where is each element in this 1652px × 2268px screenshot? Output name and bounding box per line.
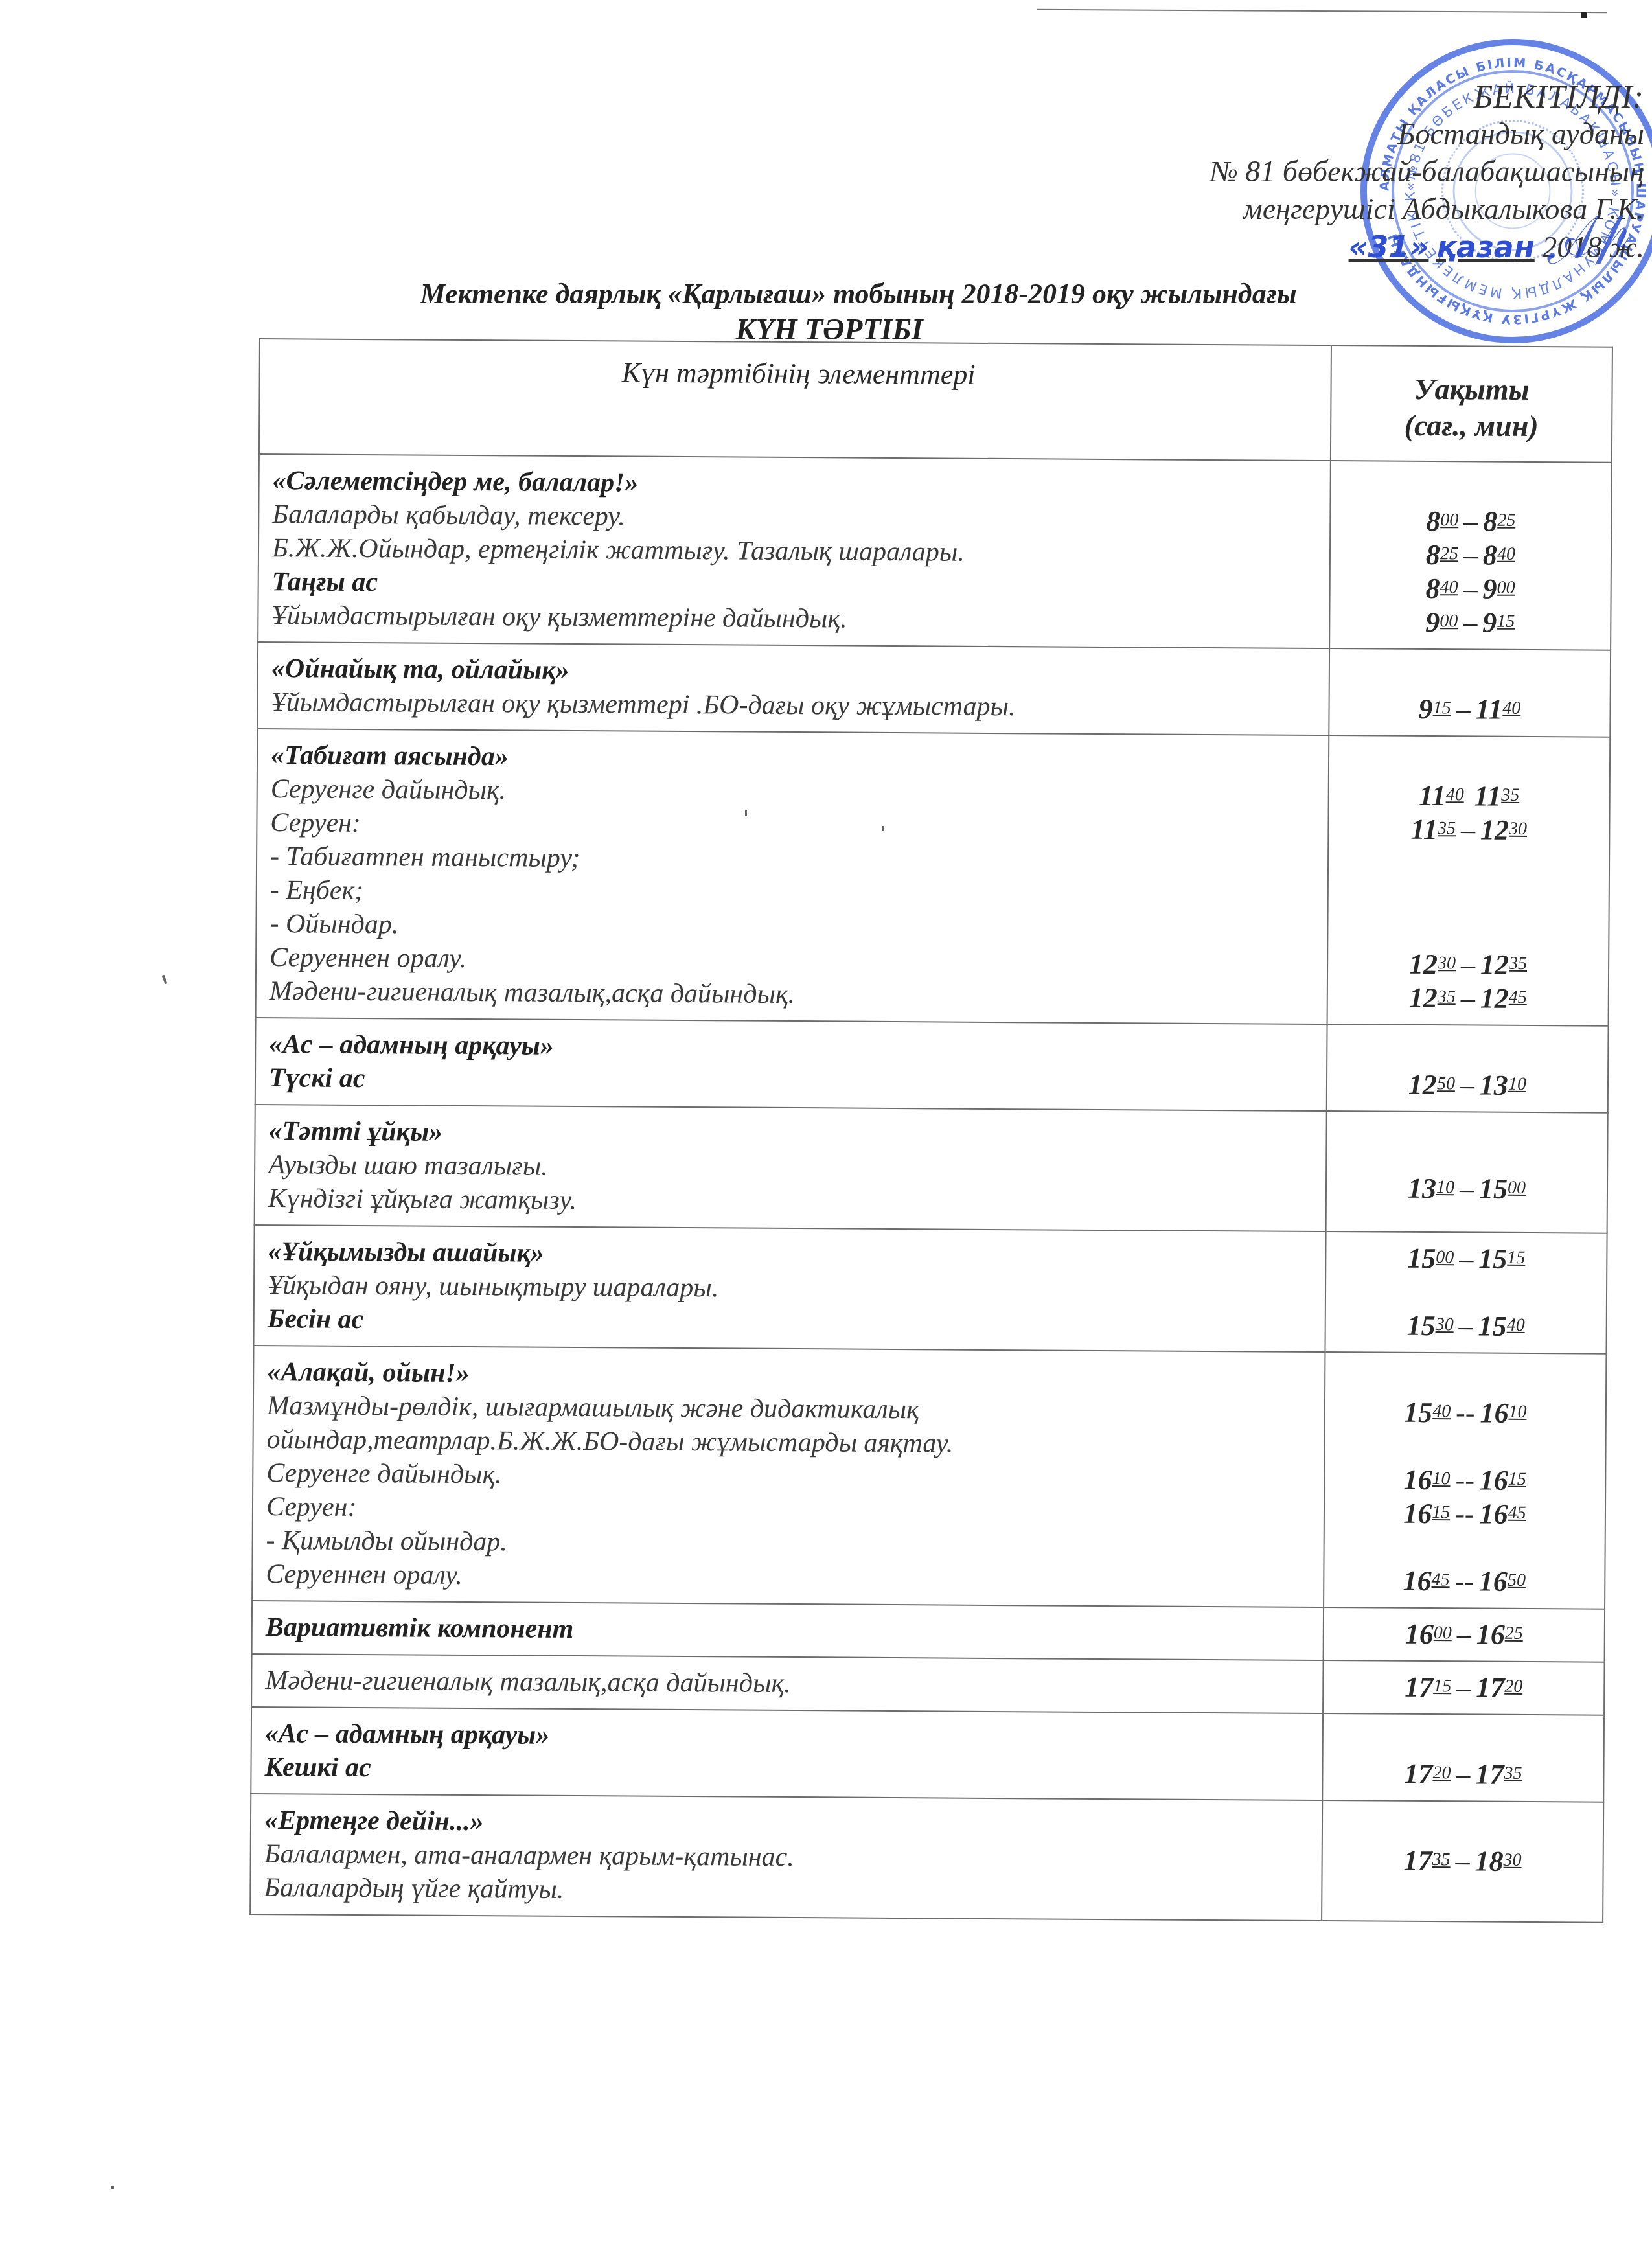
cell-elements: «Ұйқымызды ашайық»Ұйқыдан ояну, шынықтыр…: [254, 1225, 1326, 1352]
time-range: 1735–1830: [1403, 1844, 1521, 1879]
activity-line: Серуенге дайындық.: [266, 1456, 1317, 1496]
time-from-minutes: 15: [1433, 1676, 1451, 1696]
time-range: 800–825: [1426, 505, 1515, 539]
cell-elements: Вариативтік компонент: [252, 1601, 1324, 1660]
table-row: «Табиғат аясында»Серуенге дайындық.Серуе…: [256, 729, 1611, 1026]
time-from-minutes: 00: [1440, 510, 1458, 530]
table-row: «Алақай, ойын!»Мазмұнды-рөлдік, шығармаш…: [252, 1346, 1606, 1609]
time-range: 1600–1625: [1405, 1618, 1523, 1652]
time-to-hour: 16: [1480, 1465, 1508, 1496]
time-separator: –: [1454, 1173, 1479, 1204]
time-separator: --: [1451, 1397, 1480, 1428]
time-to-hour: 15: [1478, 1311, 1507, 1342]
time-range: 1615--1645: [1403, 1497, 1526, 1531]
header-time: Уақыты (сағ., мин): [1331, 345, 1612, 463]
scan-speck: [745, 810, 747, 816]
time-to-hour: 16: [1476, 1619, 1505, 1651]
time-to-hour: 15: [1478, 1243, 1507, 1275]
cell-time: 1250–1310: [1327, 1024, 1609, 1113]
time-separator: –: [1458, 573, 1482, 604]
time-to-hour: 11: [1474, 780, 1502, 812]
time-from-minutes: 35: [1432, 1850, 1451, 1870]
scan-speck: [882, 826, 884, 831]
time-from-hour: 16: [1403, 1464, 1432, 1496]
scan-mark: [1581, 12, 1587, 18]
section-heading: «Ас – адамның арқауы»: [269, 1027, 1320, 1068]
time-to-hour: 8: [1483, 506, 1497, 538]
time-from-minutes: 35: [1438, 818, 1456, 838]
time-from-hour: 15: [1404, 1397, 1432, 1428]
section-heading: Бесін ас: [268, 1302, 1318, 1342]
time-from-hour: 11: [1419, 780, 1446, 812]
time-separator: –: [1451, 1758, 1475, 1790]
time-from-minutes: 40: [1440, 577, 1458, 597]
time-to-hour: 9: [1482, 607, 1497, 639]
time-from-hour: 17: [1405, 1671, 1433, 1703]
time-to-minutes: 40: [1507, 1315, 1525, 1335]
table-row: «Ойнайық та, ойлайық»Ұйымдастырылған оқу…: [257, 642, 1611, 737]
time-separator: --: [1450, 1498, 1480, 1529]
time-from-minutes: 35: [1438, 987, 1456, 1007]
cell-time: 114011351135–12301230–12351235–1245: [1327, 735, 1610, 1026]
time-to-hour: 17: [1476, 1672, 1504, 1704]
section-heading: «Ас – адамның арқауы»: [265, 1717, 1316, 1757]
time-range: 1310–1500: [1408, 1172, 1526, 1206]
time-from-hour: 12: [1409, 948, 1438, 980]
time-to-hour: 8: [1483, 540, 1497, 571]
approval-block: БЕКІТІЛДІ: Бостандық ауданы № 81 бөбекжа…: [996, 78, 1644, 266]
cell-time: 1310–1500: [1326, 1111, 1608, 1233]
time-range: 915–1140: [1419, 693, 1521, 727]
time-separator: --: [1450, 1464, 1480, 1496]
time-to-hour: 16: [1480, 1397, 1508, 1429]
time-to-minutes: 45: [1508, 1503, 1526, 1523]
cell-elements: «Алақай, ойын!»Мазмұнды-рөлдік, шығармаш…: [252, 1346, 1325, 1607]
time-from-hour: 9: [1425, 606, 1440, 638]
time-from-minutes: 30: [1438, 953, 1456, 973]
time-separator: –: [1450, 1845, 1474, 1877]
time-separator: –: [1458, 606, 1482, 638]
time-from-minutes: 10: [1436, 1177, 1454, 1197]
time-separator: –: [1451, 1671, 1476, 1703]
time-to-hour: 11: [1476, 693, 1503, 725]
schedule-table: Күн тәртібінің элементтері Уақыты (сағ.,…: [249, 338, 1613, 1923]
time-from-hour: 8: [1426, 505, 1440, 537]
time-separator: –: [1456, 982, 1480, 1014]
time-from-hour: 17: [1403, 1845, 1432, 1877]
activity-line: Ұйымдастырылған оқу қызметтеріне дайынды…: [271, 599, 1322, 639]
cell-elements: «Ас – адамның арқауы»Түскі ас: [255, 1018, 1327, 1111]
time-range: 825–840: [1426, 538, 1515, 573]
time-from-hour: 8: [1425, 573, 1440, 604]
cell-elements: «Ертеңге дейін...»Балалармен, ата-аналар…: [250, 1794, 1322, 1921]
time-to-hour: 17: [1475, 1759, 1504, 1791]
time-to-hour: 9: [1482, 573, 1497, 605]
time-from-hour: 16: [1403, 1565, 1431, 1597]
time-range: 1715–1720: [1405, 1671, 1522, 1705]
approval-district: Бостандық ауданы: [996, 115, 1644, 153]
time-separator: –: [1456, 814, 1480, 845]
time-separator: –: [1458, 505, 1483, 537]
time-to-minutes: 30: [1509, 819, 1527, 839]
time-separator: [1464, 780, 1474, 812]
time-from-hour: 11: [1410, 814, 1438, 845]
schedule-body: «Сәлеметсіңдер ме, балалар!»Балаларды қа…: [250, 454, 1612, 1923]
time-to-minutes: 40: [1502, 698, 1520, 718]
time-from-hour: 16: [1403, 1498, 1432, 1529]
time-to-hour: 12: [1480, 814, 1509, 846]
cell-elements: «Ас – адамның арқауы»Кешкі ас: [251, 1707, 1323, 1800]
time-from-hour: 12: [1408, 1069, 1437, 1101]
approval-title: БЕКІТІЛДІ:: [996, 78, 1644, 115]
time-to-minutes: 50: [1508, 1570, 1526, 1590]
time-to-minutes: 15: [1508, 1469, 1526, 1489]
time-separator: --: [1449, 1565, 1479, 1597]
time-from-hour: 17: [1404, 1758, 1432, 1790]
time-from-hour: 12: [1409, 982, 1438, 1014]
cell-time: 1540--16101610--16151615--16451645--1650: [1324, 1352, 1606, 1609]
section-heading: Түскі ас: [269, 1061, 1320, 1101]
table-row: «Ұйқымызды ашайық»Ұйқыдан ояну, шынықтыр…: [254, 1225, 1607, 1354]
time-to-minutes: 10: [1508, 1402, 1526, 1422]
date-close-quote: »: [1409, 229, 1428, 264]
cell-elements: Мәдени-гигиеналық тазалық,асқа дайындық.: [251, 1654, 1323, 1713]
time-separator: –: [1456, 948, 1480, 980]
time-range: 1135–1230: [1410, 813, 1527, 847]
time-from-minutes: 10: [1432, 1469, 1450, 1489]
time-to-minutes: 35: [1509, 954, 1527, 974]
header-elements: Күн тәртібінің элементтері: [259, 339, 1331, 461]
time-separator: –: [1458, 539, 1483, 571]
time-to-minutes: 30: [1504, 1850, 1522, 1870]
time-from-minutes: 15: [1432, 1502, 1450, 1522]
table-header-row: Күн тәртібінің элементтері Уақыты (сағ.,…: [259, 339, 1612, 463]
cell-time: 1715–1720: [1323, 1660, 1605, 1715]
time-range: 1500–1515: [1407, 1242, 1525, 1276]
table-row: «Ас – адамның арқауы»Кешкі ас1720–1735: [251, 1707, 1604, 1802]
section-heading: Вариативтік компонент: [266, 1610, 1316, 1651]
time-separator: –: [1454, 1310, 1478, 1342]
time-to-minutes: 35: [1501, 785, 1519, 805]
time-to-minutes: 00: [1497, 578, 1515, 598]
date-day: 31: [1368, 229, 1409, 264]
table-row: «Сәлеметсіңдер ме, балалар!»Балаларды қа…: [258, 454, 1612, 650]
time-from-minutes: 20: [1432, 1763, 1451, 1783]
cell-time: 1735–1830: [1322, 1800, 1603, 1923]
activity-line: Серуенге дайындық.: [271, 772, 1322, 812]
activity-line: Б.Ж.Ж.Ойындар, ертеңгілік жаттығу. Тазал…: [272, 531, 1323, 571]
date-open-quote: «: [1349, 229, 1368, 264]
cell-time: 800–825825–840840–900900–915: [1329, 461, 1612, 650]
time-range: 900–915: [1425, 606, 1515, 640]
time-range: 840–900: [1425, 572, 1515, 606]
time-range: 1540--1610: [1404, 1396, 1527, 1430]
approval-institution: № 81 бөбекжай-балабақшасының: [996, 153, 1644, 190]
cell-time: 1500–15151530–1540: [1325, 1231, 1607, 1354]
activity-line: - Табиғатпен таныстыру;: [270, 840, 1321, 880]
table-row: «Ас – адамның арқауы»Түскі ас1250–1310: [255, 1018, 1609, 1113]
time-range: 11401135: [1419, 779, 1519, 814]
time-to-minutes: 15: [1507, 1248, 1525, 1268]
time-separator: –: [1451, 693, 1476, 725]
time-separator: –: [1452, 1618, 1476, 1650]
time-to-minutes: 20: [1504, 1677, 1522, 1697]
time-to-minutes: 25: [1505, 1623, 1523, 1644]
time-range: 1645--1650: [1403, 1564, 1526, 1599]
time-range: 1250–1310: [1408, 1068, 1526, 1103]
cell-elements: «Тәтті ұйқы»Ауызды шаю тазалығы.Күндізгі…: [255, 1105, 1327, 1231]
approval-date: «31» қазан 2018 ж.: [1349, 228, 1644, 266]
time-to-hour: 13: [1480, 1070, 1508, 1101]
time-from-hour: 16: [1405, 1618, 1434, 1650]
activity-line: Ұйқыдан ояну, шынықтыру шаралары.: [268, 1268, 1318, 1309]
activity-line: Ұйымдастырылған оқу қызметтері .БО-дағы …: [271, 685, 1322, 726]
time-from-minutes: 40: [1446, 785, 1464, 805]
time-range: 1530–1540: [1407, 1309, 1525, 1344]
time-from-minutes: 45: [1432, 1570, 1450, 1590]
table-row: Мәдени-гигиеналық тазалық,асқа дайындық.…: [251, 1654, 1604, 1715]
time-to-hour: 16: [1479, 1566, 1508, 1598]
table-row: Вариативтік компонент1600–1625: [252, 1601, 1605, 1662]
time-from-minutes: 15: [1433, 698, 1451, 718]
time-from-minutes: 00: [1440, 611, 1458, 631]
time-to-minutes: 45: [1509, 987, 1527, 1007]
time-from-minutes: 00: [1436, 1247, 1454, 1267]
scan-speck: [162, 975, 168, 985]
date-year: 2018 ж.: [1542, 231, 1644, 264]
time-to-hour: 12: [1480, 949, 1509, 981]
time-from-minutes: 30: [1436, 1314, 1454, 1334]
time-to-hour: 18: [1474, 1846, 1503, 1877]
date-month: қазан: [1436, 229, 1535, 264]
time-from-hour: 8: [1426, 539, 1440, 571]
activity-line: Серуеннен оралу.: [266, 1557, 1316, 1598]
time-from-minutes: 40: [1432, 1401, 1451, 1421]
time-range: 1610--1615: [1403, 1463, 1526, 1498]
activity-line: Балалардың үйге қайтуы.: [264, 1871, 1314, 1911]
time-from-minutes: 25: [1440, 544, 1458, 564]
time-separator: –: [1455, 1069, 1480, 1101]
cell-elements: «Ойнайық та, ойлайық»Ұйымдастырылған оқу…: [257, 642, 1329, 735]
time-from-minutes: 50: [1437, 1073, 1455, 1094]
section-heading: Кешкі ас: [264, 1750, 1315, 1791]
time-from-minutes: 00: [1434, 1623, 1452, 1643]
time-to-minutes: 40: [1497, 544, 1515, 564]
header-time-title: Уақыты: [1338, 371, 1605, 409]
header-time-units: (сағ., мин): [1338, 407, 1605, 445]
cell-elements: «Табиғат аясында»Серуенге дайындық.Серуе…: [256, 729, 1329, 1024]
time-range: 1720–1735: [1404, 1758, 1522, 1792]
activity-line: Күндізгі ұйқыға жатқызу.: [268, 1182, 1319, 1222]
table-row: «Ертеңге дейін...»Балалармен, ата-аналар…: [250, 1794, 1603, 1923]
time-to-hour: 16: [1479, 1498, 1508, 1530]
table-row: «Тәтті ұйқы»Ауызды шаю тазалығы.Күндізгі…: [255, 1105, 1608, 1233]
cell-elements: «Сәлеметсіңдер ме, балалар!»Балаларды қа…: [258, 454, 1331, 648]
time-to-minutes: 00: [1508, 1178, 1526, 1198]
document-title: Мектепке даярлық «Қарлығаш» тобының 2018…: [0, 277, 1652, 310]
time-to-minutes: 10: [1508, 1074, 1526, 1094]
activity-line: Мәдени-гигиеналық тазалық,асқа дайындық.: [270, 974, 1320, 1014]
time-to-minutes: 35: [1504, 1763, 1522, 1783]
cell-time: 1720–1735: [1322, 1713, 1604, 1802]
approval-head: меңгерушісі Абдыкалыкова Г.К.: [996, 190, 1644, 228]
time-from-hour: 15: [1407, 1310, 1436, 1342]
scan-speck: [111, 2186, 114, 2189]
time-from-hour: 15: [1407, 1243, 1436, 1274]
cell-time: 915–1140: [1329, 648, 1611, 737]
cell-time: 1600–1625: [1323, 1607, 1605, 1662]
time-to-minutes: 25: [1497, 510, 1515, 531]
time-range: 1235–1245: [1409, 981, 1527, 1016]
scan-edge-line: [1037, 9, 1607, 14]
time-range: 1230–1235: [1409, 948, 1527, 982]
time-to-hour: 15: [1479, 1173, 1508, 1205]
time-from-hour: 9: [1419, 693, 1433, 725]
time-from-hour: 13: [1408, 1173, 1436, 1204]
time-to-hour: 12: [1480, 983, 1509, 1014]
time-separator: –: [1454, 1243, 1478, 1274]
time-to-minutes: 15: [1497, 612, 1515, 632]
activity-line: Мәдени-гигиеналық тазалық,асқа дайындық.: [265, 1664, 1316, 1704]
